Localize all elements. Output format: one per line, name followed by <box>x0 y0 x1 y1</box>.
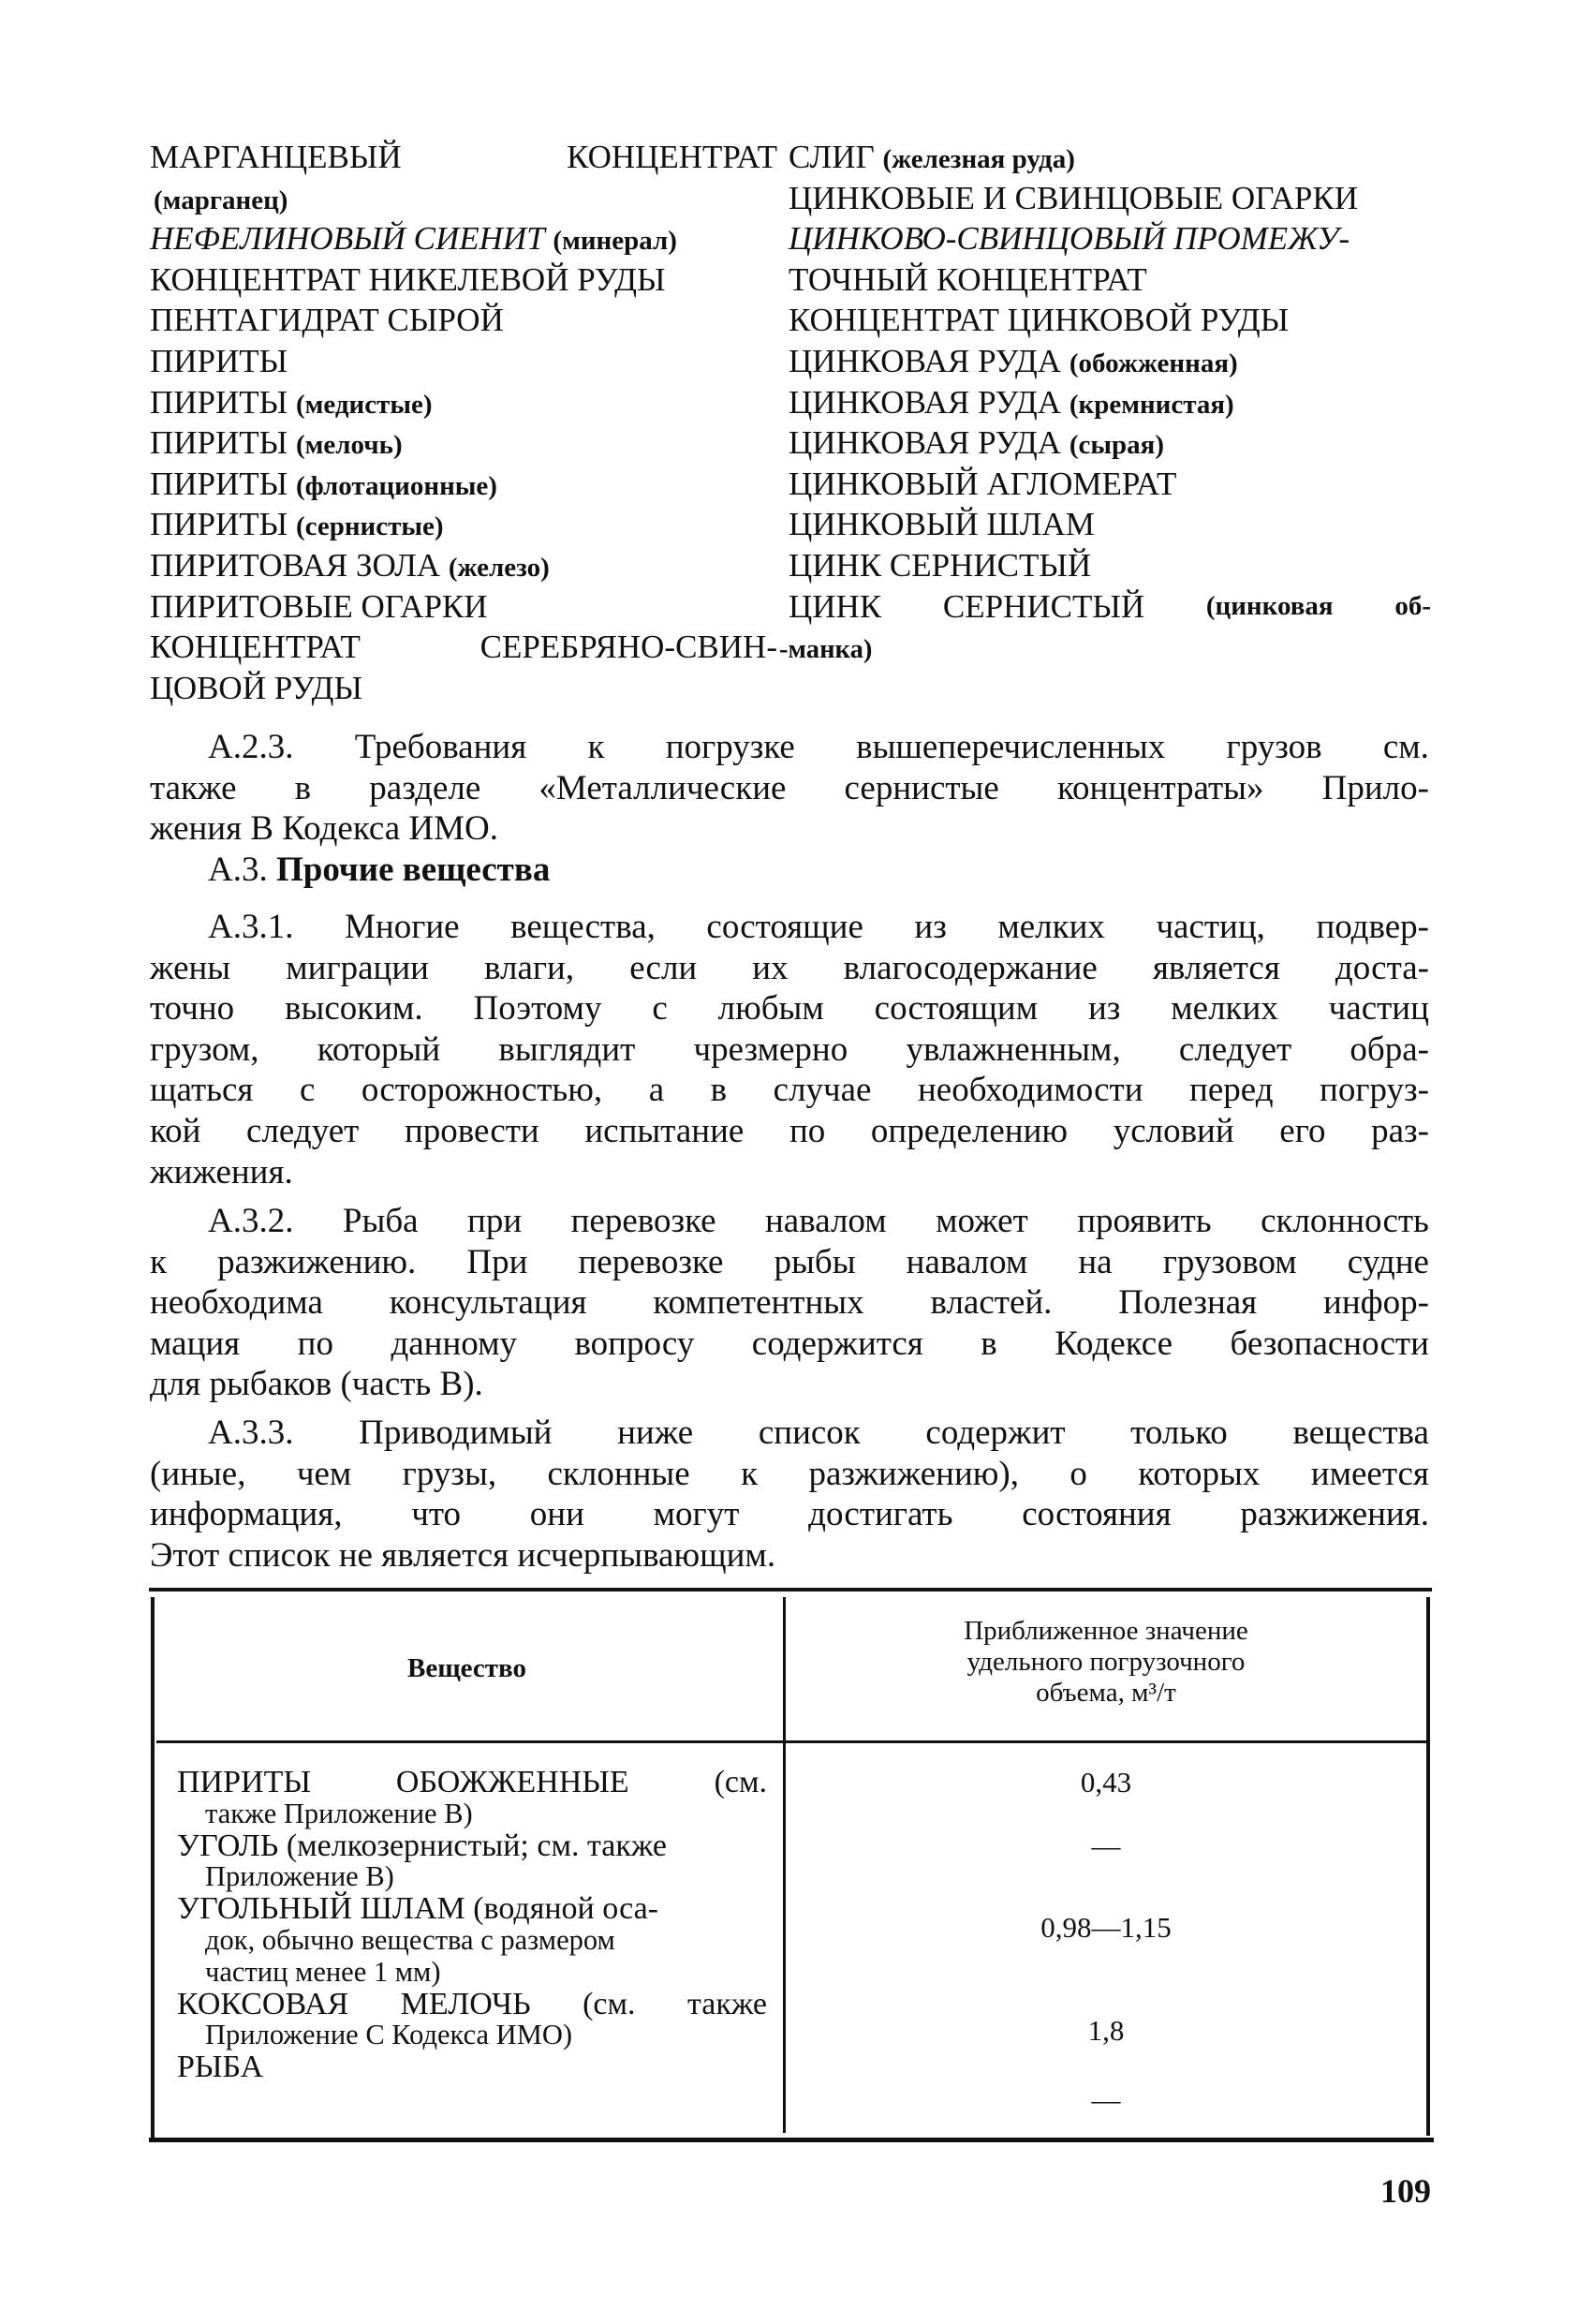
list-item-text: ЦИНКОВАЯ РУДА <box>789 384 1061 421</box>
paragraph-line: койследуетпровестииспытаниепоопределению… <box>150 1111 1429 1152</box>
paragraph-line: грузом,которыйвыглядитчрезмерноувлажненн… <box>150 1029 1429 1071</box>
list-item-text: ЦОВОЙ РУДЫ <box>150 670 362 706</box>
list-item-text: ЦИНКОВАЯ РУДА <box>789 343 1061 379</box>
list-item-text: СЛИГ <box>789 139 875 175</box>
cell-text: Приложение В) <box>177 1861 767 1893</box>
list-item-note: (мелочь) <box>296 430 403 460</box>
list-item-text: ПИРИТЫ <box>150 466 288 502</box>
paragraph-line: жения В Кодекса ИМО. <box>150 808 1429 850</box>
cell-text: док, обычно вещества с размером <box>177 1925 767 1957</box>
table-right-border <box>1426 1597 1430 2136</box>
header-line: Приближенное значение <box>786 1616 1426 1647</box>
list-item: ПИРИТЫ (мелочь) <box>150 422 777 464</box>
cell-value: — <box>786 1830 1426 1862</box>
list-item: ПИРИТЫ (сернистые) <box>150 504 777 545</box>
list-item: ЦИНКОВАЯ РУДА (сырая) <box>789 422 1435 464</box>
list-item-text: ПИРИТОВАЯ ЗОЛА <box>150 547 440 584</box>
cell-text: МЕЛОЧЬ <box>401 1989 531 2021</box>
list-item-text: МАРГАНЦЕВЫЙ <box>150 137 402 178</box>
list-item: ЦИНК СЕРНИСТЫЙ <box>789 545 1435 586</box>
list-item-text: КОНЦЕНТРАТ НИКЕЛЕВОЙ РУДЫ <box>150 261 665 298</box>
header-line: объема, м³/т <box>786 1678 1426 1709</box>
list-item-text: ЦИНК <box>789 586 881 628</box>
paragraph-line: такжевразделе«Металлическиесернистыеконц… <box>150 768 1429 809</box>
list-item-text: СЕРЕБРЯНО-СВИН- <box>480 627 777 668</box>
cell-text: Приложение С Кодекса ИМО) <box>177 2020 767 2051</box>
list-item: ЦИНКОВАЯ РУДА (кремнистая) <box>789 382 1435 423</box>
document-page: МАРГАНЦЕВЫЙ КОНЦЕНТРАТ (марганец) НЕФЕЛИ… <box>0 0 1593 2324</box>
list-item-text: ПИРИТЫ <box>150 384 288 421</box>
cell-text: также <box>687 1989 767 2021</box>
cell-text: (см. <box>715 1767 767 1799</box>
section-title: Прочие вещества <box>276 851 550 889</box>
list-item: ЦОВОЙ РУДЫ <box>150 668 777 709</box>
list-item: СЛИГ (железная руда) <box>789 137 1435 178</box>
cell-value: 1,8 <box>786 2015 1426 2047</box>
list-item: НЕФЕЛИНОВЫЙ СИЕНИТ (минерал) <box>150 218 777 259</box>
cargo-list-left: МАРГАНЦЕВЫЙ КОНЦЕНТРАТ (марганец) НЕФЕЛИ… <box>150 137 777 708</box>
cell-value: 0,98—1,15 <box>786 1912 1426 1944</box>
list-item-text: ЦИНКОВО-СВИНЦОВЫЙ ПРОМЕЖУ- <box>789 220 1350 257</box>
list-item: ТОЧНЫЙ КОНЦЕНТРАТ <box>789 259 1435 301</box>
header-line: удельного погрузочного <box>786 1647 1426 1678</box>
list-item-note: (железная руда) <box>882 144 1074 174</box>
cell-value: — <box>786 2084 1426 2116</box>
list-item: (марганец) <box>150 178 777 219</box>
list-item-note: (цинковая <box>1206 586 1334 628</box>
list-item: ПИРИТЫ <box>150 341 777 382</box>
page-number: 109 <box>1380 2171 1431 2211</box>
list-item-text: ЦИНК СЕРНИСТЫЙ <box>789 547 1091 584</box>
list-item-text: ЦИНКОВЫЙ АГЛОМЕРАТ <box>789 466 1176 502</box>
section-number: А.3. <box>208 851 268 889</box>
list-item: ПИРИТЫ (медистые) <box>150 382 777 423</box>
cell-text: ПИРИТЫ <box>177 1767 311 1799</box>
list-item: -манка) <box>779 627 1425 668</box>
list-item-text: ПЕНТАГИДРАТ СЫРОЙ <box>150 302 504 338</box>
list-item-text: ПИРИТОВЫЕ ОГАРКИ <box>150 588 488 625</box>
list-item: КОНЦЕНТРАТ СЕРЕБРЯНО-СВИН- <box>150 627 777 668</box>
list-item-note: (кремнистая) <box>1069 390 1234 420</box>
cell-text: также Приложение В) <box>177 1799 767 1830</box>
list-item-text: КОНЦЕНТРАТ <box>150 627 361 668</box>
table-row: ПИРИТЫ ОБОЖЖЕННЫЕ (см. <box>177 1767 767 1799</box>
paragraph-line: мацияподанномувопросусодержитсявКодексеб… <box>150 1324 1429 1365</box>
list-item-note: (марганец) <box>150 185 288 215</box>
cell-text: (см. <box>583 1989 635 2021</box>
table-top-rule <box>149 1588 1432 1591</box>
section-heading: А.3. Прочие вещества <box>208 850 550 890</box>
list-item-text: ЦИНКОВАЯ РУДА <box>789 424 1061 461</box>
list-item-text: ПИРИТЫ <box>150 424 288 461</box>
list-item: МАРГАНЦЕВЫЙ КОНЦЕНТРАТ <box>150 137 777 178</box>
list-item: ЦИНКОВЫЙ АГЛОМЕРАТ <box>789 464 1435 505</box>
column-header-stowage-factor: Приближенное значение удельного погрузоч… <box>786 1616 1426 1709</box>
list-item-text: ПИРИТЫ <box>150 506 288 542</box>
column-header-substance: Вещество <box>151 1653 783 1684</box>
paragraph-line: точновысоким.Поэтомуслюбымсостоящимизмел… <box>150 988 1429 1029</box>
list-item-note: (железо) <box>449 553 550 583</box>
list-item-note: (медистые) <box>296 390 433 420</box>
list-item: ЦИНКОВЫЙ ШЛАМ <box>789 504 1435 545</box>
paragraph-a23: А.2.3.Требованиякпогрузкевышеперечисленн… <box>150 727 1429 850</box>
list-item: КОНЦЕНТРАТ НИКЕЛЕВОЙ РУДЫ <box>150 259 777 301</box>
cargo-list-right: СЛИГ (железная руда) ЦИНКОВЫЕ И СВИНЦОВЫ… <box>789 137 1435 668</box>
paragraph-line: (иные,чемгрузы,склонныекразжижению),окот… <box>150 1454 1429 1495</box>
list-item-text: ПИРИТЫ <box>150 343 288 379</box>
list-item-note: об- <box>1394 586 1431 628</box>
cell-text: УГОЛЬ (мелкозернистый; см. также <box>177 1830 767 1862</box>
paragraph-a33: А.3.3.Приводимыйнижесписоксодержиттолько… <box>150 1413 1429 1576</box>
stowage-factor-table: Вещество Приближенное значение удельного… <box>151 1588 1430 2139</box>
table-row: КОКСОВАЯ МЕЛОЧЬ (см. также <box>177 1989 767 2021</box>
paragraph-line: информация,чтоонимогутдостигатьсостояния… <box>150 1494 1429 1535</box>
list-item: ПЕНТАГИДРАТ СЫРОЙ <box>150 300 777 341</box>
list-item-text: СЕРНИСТЫЙ <box>943 586 1144 628</box>
paragraph-a32: А.3.2.Рыбаприперевозкенаваломможетпрояви… <box>150 1201 1429 1405</box>
cell-text: ОБОЖЖЕННЫЕ <box>396 1767 629 1799</box>
list-item-note: -манка) <box>779 634 872 664</box>
paragraph-line: А.2.3.Требованиякпогрузкевышеперечисленн… <box>150 727 1429 768</box>
list-item-note: (минерал) <box>553 226 677 256</box>
list-item-note: (обожженная) <box>1069 348 1238 378</box>
paragraph-line: А.3.3.Приводимыйнижесписоксодержиттолько… <box>150 1413 1429 1454</box>
paragraph-line: кразжижению.Приперевозкерыбынаваломнагру… <box>150 1242 1429 1283</box>
cell-text: частиц менее 1 мм) <box>177 1957 767 1989</box>
list-item-text: ТОЧНЫЙ КОНЦЕНТРАТ <box>789 261 1147 298</box>
list-item-text: ЦИНКОВЫЙ ШЛАМ <box>789 506 1095 542</box>
paragraph-line: необходимаконсультациякомпетентныхвласте… <box>150 1282 1429 1324</box>
list-item: КОНЦЕНТРАТ ЦИНКОВОЙ РУДЫ <box>789 300 1435 341</box>
paragraph-a31: А.3.1.Многиевещества,состоящиеизмелкихча… <box>150 907 1429 1192</box>
paragraph-line: щатьсясосторожностью,авслучаенеобходимос… <box>150 1070 1429 1111</box>
substance-column: ПИРИТЫ ОБОЖЖЕННЫЕ (см. также Приложение … <box>177 1767 767 2083</box>
list-item: ПИРИТОВЫЕ ОГАРКИ <box>150 586 777 628</box>
list-item-text: НЕФЕЛИНОВЫЙ СИЕНИТ <box>150 220 545 257</box>
paragraph-line: Этот список не является исчерпывающим. <box>150 1535 1429 1576</box>
cell-value: 0,43 <box>786 1767 1426 1799</box>
paragraph-line: А.3.2.Рыбаприперевозкенаваломможетпрояви… <box>150 1201 1429 1242</box>
list-item: ЦИНКОВО-СВИНЦОВЫЙ ПРОМЕЖУ- <box>789 218 1435 259</box>
list-item-note: (флотационные) <box>296 471 497 501</box>
list-item: ПИРИТОВАЯ ЗОЛА (железо) <box>150 545 777 586</box>
cell-text: КОКСОВАЯ <box>177 1989 348 2021</box>
list-item-note: (сернистые) <box>296 511 444 541</box>
list-item-text: КОНЦЕНТРАТ ЦИНКОВОЙ РУДЫ <box>789 302 1289 338</box>
cell-text: РЫБА <box>177 2051 767 2083</box>
list-item: ЦИНКОВЫЕ И СВИНЦОВЫЕ ОГАРКИ <box>789 178 1435 219</box>
paragraph-line: женымиграциивлаги,еслиихвлагосодержаниея… <box>150 948 1429 989</box>
list-item-note: (сырая) <box>1069 430 1164 460</box>
table-bottom-rule <box>149 2138 1434 2142</box>
stowage-factor-column: 0,43 — 0,98—1,15 1,8 — <box>786 1767 1426 2116</box>
list-item-text: КОНЦЕНТРАТ <box>567 137 777 178</box>
paragraph-line: жижения. <box>150 1152 1429 1193</box>
list-item-text: ЦИНКОВЫЕ И СВИНЦОВЫЕ ОГАРКИ <box>789 180 1358 216</box>
list-item: ЦИНК СЕРНИСТЫЙ (цинковая об- <box>789 586 1431 628</box>
paragraph-line: А.3.1.Многиевещества,состоящиеизмелкихча… <box>150 907 1429 948</box>
paragraph-line: для рыбаков (часть В). <box>150 1364 1429 1405</box>
list-item: ПИРИТЫ (флотационные) <box>150 464 777 505</box>
table-header-rule <box>156 1740 1430 1743</box>
cell-text: УГОЛЬНЫЙ ШЛАМ (водяной оса- <box>177 1893 767 1925</box>
list-item: ЦИНКОВАЯ РУДА (обожженная) <box>789 341 1435 382</box>
